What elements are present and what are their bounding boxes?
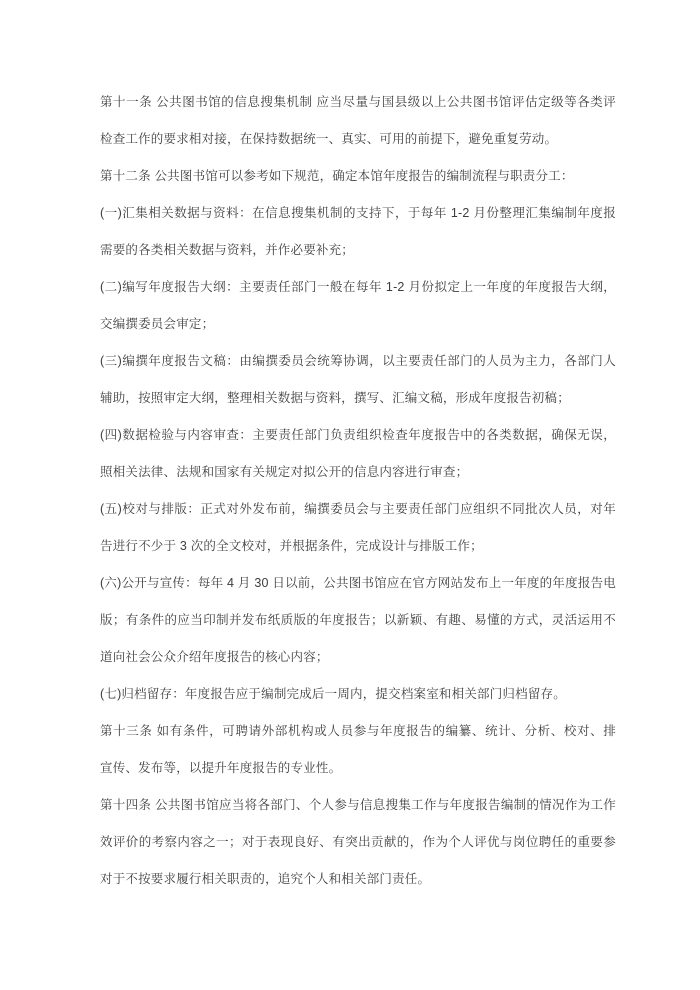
text-line: 版；有条件的应当印制并发布纸质版的年度报告；以新颖、有趣、易懂的方式，灵活运用不… — [100, 602, 616, 639]
text-line: 辅助，按照审定大纲，整理相关数据与资料，撰写、汇编文稿，形成年度报告初稿； — [100, 380, 616, 417]
text-line: 告进行不少于 3 次的全文校对，并根据条件，完成设计与排版工作； — [100, 528, 616, 565]
text-line: (七)归档留存：年度报告应于编制完成后一周内，提交档案室和相关部门归档留存。 — [100, 676, 616, 713]
text-line: 第十三条 如有条件，可聘请外部机构或人员参与年度报告的编纂、统计、分析、校对、排… — [100, 713, 616, 750]
text-line: 宣传、发布等，以提升年度报告的专业性。 — [100, 750, 616, 787]
text-line: (六)公开与宣传：每年 4 月 30 日以前，公共图书馆应在官方网站发布上一年度… — [100, 565, 616, 602]
text-line: 照相关法律、法规和国家有关规定对拟公开的信息内容进行审查； — [100, 454, 616, 491]
text-line: 第十二条 公共图书馆可以参考如下规范，确定本馆年度报告的编制流程与职责分工： — [100, 158, 616, 195]
text-line: (二)编写年度报告大纲：主要责任部门一般在每年 1-2 月份拟定上一年度的年度报… — [100, 269, 616, 306]
text-line: (五)校对与排版：正式对外发布前，编撰委员会与主要责任部门应组织不同批次人员，对… — [100, 491, 616, 528]
paragraph-article-14: 第十四条 公共图书馆应当将各部门、个人参与信息搜集工作与年度报告编制的情况作为工… — [100, 787, 616, 898]
text-line: 检查工作的要求相对接，在保持数据统一、真实、可用的前提下，避免重复劳动。 — [100, 121, 616, 158]
text-line: 交编撰委员会审定； — [100, 306, 616, 343]
document-page: 第十一条 公共图书馆的信息搜集机制 应当尽量与国县级以上公共图书馆评估定级等各类… — [0, 0, 700, 990]
document-text-block: 第十一条 公共图书馆的信息搜集机制 应当尽量与国县级以上公共图书馆评估定级等各类… — [100, 84, 616, 898]
text-line: 需要的各类相关数据与资料，并作必要补充； — [100, 232, 616, 269]
text-line: (三)编撰年度报告文稿：由编撰委员会统筹协调，以主要责任部门的人员为主力，各部门… — [100, 343, 616, 380]
text-line: (四)数据检验与内容审查：主要责任部门负责组织检查年度报告中的各类数据，确保无误… — [100, 417, 616, 454]
paragraph-item-7: (七)归档留存：年度报告应于编制完成后一周内，提交档案室和相关部门归档留存。 — [100, 676, 616, 713]
text-line: 第十四条 公共图书馆应当将各部门、个人参与信息搜集工作与年度报告编制的情况作为工… — [100, 787, 616, 824]
paragraph-item-2: (二)编写年度报告大纲：主要责任部门一般在每年 1-2 月份拟定上一年度的年度报… — [100, 269, 616, 343]
text-line: 第十一条 公共图书馆的信息搜集机制 应当尽量与国县级以上公共图书馆评估定级等各类… — [100, 84, 616, 121]
text-line: 效评价的考察内容之一；对于表现良好、有突出贡献的，作为个人评优与岗位聘任的重要参… — [100, 824, 616, 861]
paragraph-item-1: (一)汇集相关数据与资料：在信息搜集机制的支持下，于每年 1-2 月份整理汇集编… — [100, 195, 616, 269]
paragraph-article-13: 第十三条 如有条件，可聘请外部机构或人员参与年度报告的编纂、统计、分析、校对、排… — [100, 713, 616, 787]
paragraph-article-12: 第十二条 公共图书馆可以参考如下规范，确定本馆年度报告的编制流程与职责分工： — [100, 158, 616, 195]
paragraph-item-5: (五)校对与排版：正式对外发布前，编撰委员会与主要责任部门应组织不同批次人员，对… — [100, 491, 616, 565]
text-line: 对于不按要求履行相关职责的，追究个人和相关部门责任。 — [100, 861, 616, 898]
text-line: (一)汇集相关数据与资料：在信息搜集机制的支持下，于每年 1-2 月份整理汇集编… — [100, 195, 616, 232]
paragraph-item-4: (四)数据检验与内容审查：主要责任部门负责组织检查年度报告中的各类数据，确保无误… — [100, 417, 616, 491]
paragraph-item-6: (六)公开与宣传：每年 4 月 30 日以前，公共图书馆应在官方网站发布上一年度… — [100, 565, 616, 676]
paragraph-article-11: 第十一条 公共图书馆的信息搜集机制 应当尽量与国县级以上公共图书馆评估定级等各类… — [100, 84, 616, 158]
paragraph-item-3: (三)编撰年度报告文稿：由编撰委员会统筹协调，以主要责任部门的人员为主力，各部门… — [100, 343, 616, 417]
text-line: 道向社会公众介绍年度报告的核心内容； — [100, 639, 616, 676]
